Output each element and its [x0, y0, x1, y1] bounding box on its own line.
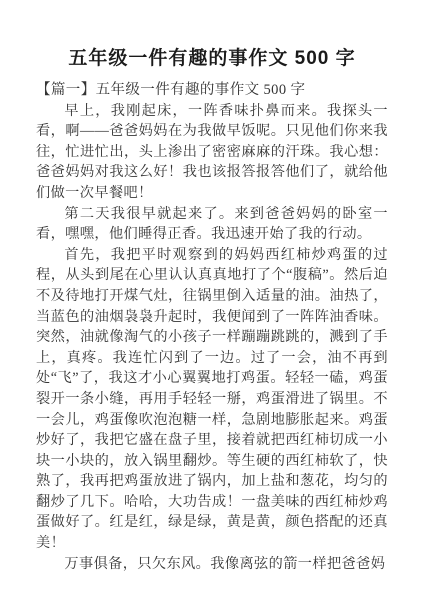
document-page: 五年级一件有趣的事作文 500 字 【篇一】五年级一件有趣的事作文 500 字 … — [0, 0, 424, 600]
paragraph-2: 第二天我很早就起来了。来到爸爸妈妈的卧室一看，嘿嘿，他们睡得正香。我迅速开始了我… — [36, 204, 388, 245]
page-title: 五年级一件有趣的事作文 500 字 — [36, 46, 388, 72]
essay-body: 早上，我刚起床，一阵香味扑鼻而来。我探头一看，啊——爸爸妈妈在为我做早饭呢。只见… — [36, 101, 388, 575]
paragraph-4: 万事俱备，只欠东风。我像离弦的箭一样把爸爸妈 — [36, 554, 388, 575]
paragraph-1: 早上，我刚起床，一阵香味扑鼻而来。我探头一看，啊——爸爸妈妈在为我做早饭呢。只见… — [36, 101, 388, 204]
paragraph-3: 首先，我把平时观察到的妈妈西红柿炒鸡蛋的过程，从头到尾在心里认认真真地打了个“腹… — [36, 245, 388, 554]
section-heading: 【篇一】五年级一件有趣的事作文 500 字 — [36, 80, 388, 101]
